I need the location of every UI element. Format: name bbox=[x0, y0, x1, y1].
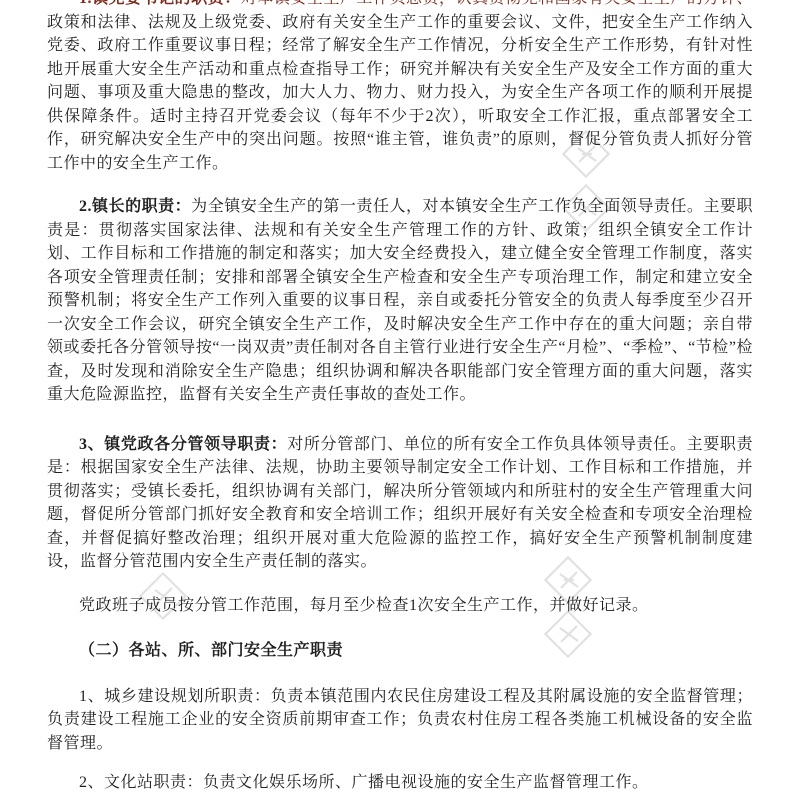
paragraph-monthly-check: 党政班子成员按分管工作范围，每月至少检查1次安全生产工作，并做好记录。 bbox=[47, 594, 753, 618]
para6-text: 负责文化娱乐场所、广播电视设施的安全生产监督管理工作。 bbox=[203, 774, 649, 791]
document-page: 1.镇党委书记的职责：对本镇安全生产工作负总责，认真贯彻党和国家有关安全生产的方… bbox=[0, 0, 800, 800]
para2-heading: 2.镇长的职责： bbox=[79, 198, 191, 215]
paragraph-construction-office: 1、城乡建设规划所职责：负责本镇范围内农民住房建设工程及其附属设施的安全监督管理… bbox=[47, 685, 753, 756]
para3-heading: 3、镇党政各分管领导职责： bbox=[79, 436, 287, 453]
para6-heading: 2、文化站职责： bbox=[79, 774, 203, 791]
paragraph-culture-station: 2、文化站职责：负责文化娱乐场所、广播电视设施的安全生产监督管理工作。 bbox=[47, 771, 753, 795]
section-heading-departments: （二）各站、所、部门安全生产职责 bbox=[47, 639, 753, 663]
para2-text: 为全镇安全生产的第一责任人，对本镇安全生产工作负全面领导责任。主要职责是：贯彻落… bbox=[47, 198, 753, 403]
paragraph-deputy-leaders-duties: 3、镇党政各分管领导职责：对所分管部门、单位的所有安全工作负具体领导责任。主要职… bbox=[47, 433, 753, 574]
para3-text: 对所分管部门、单位的所有安全工作负具体领导责任。主要职责是：根据国家安全生产法律… bbox=[47, 436, 753, 571]
para5-heading: 1、城乡建设规划所职责： bbox=[79, 688, 271, 705]
para4-text: 党政班子成员按分管工作范围，每月至少检查1次安全生产工作，并做好记录。 bbox=[79, 597, 649, 614]
paragraph-secretary-duties: 1.镇党委书记的职责：对本镇安全生产工作负总责，认真贯彻党和国家有关安全生产的方… bbox=[47, 0, 753, 175]
para1-heading: 1.镇党委书记的职责： bbox=[79, 0, 241, 7]
document-body: 1.镇党委书记的职责：对本镇安全生产工作负总责，认真贯彻党和国家有关安全生产的方… bbox=[47, 0, 753, 795]
para1-text: 政策和法律、法规及上级党委、政府有关安全生产工作的重要会议、文件，把安全生产工作… bbox=[47, 14, 753, 172]
paragraph-mayor-duties: 2.镇长的职责：为全镇安全生产的第一责任人，对本镇安全生产工作负全面领导责任。主… bbox=[47, 195, 753, 407]
para1-lead: 对本镇安全生产工作负总责，认真贯彻党和国家有关安全生产的方针、 bbox=[241, 0, 753, 7]
